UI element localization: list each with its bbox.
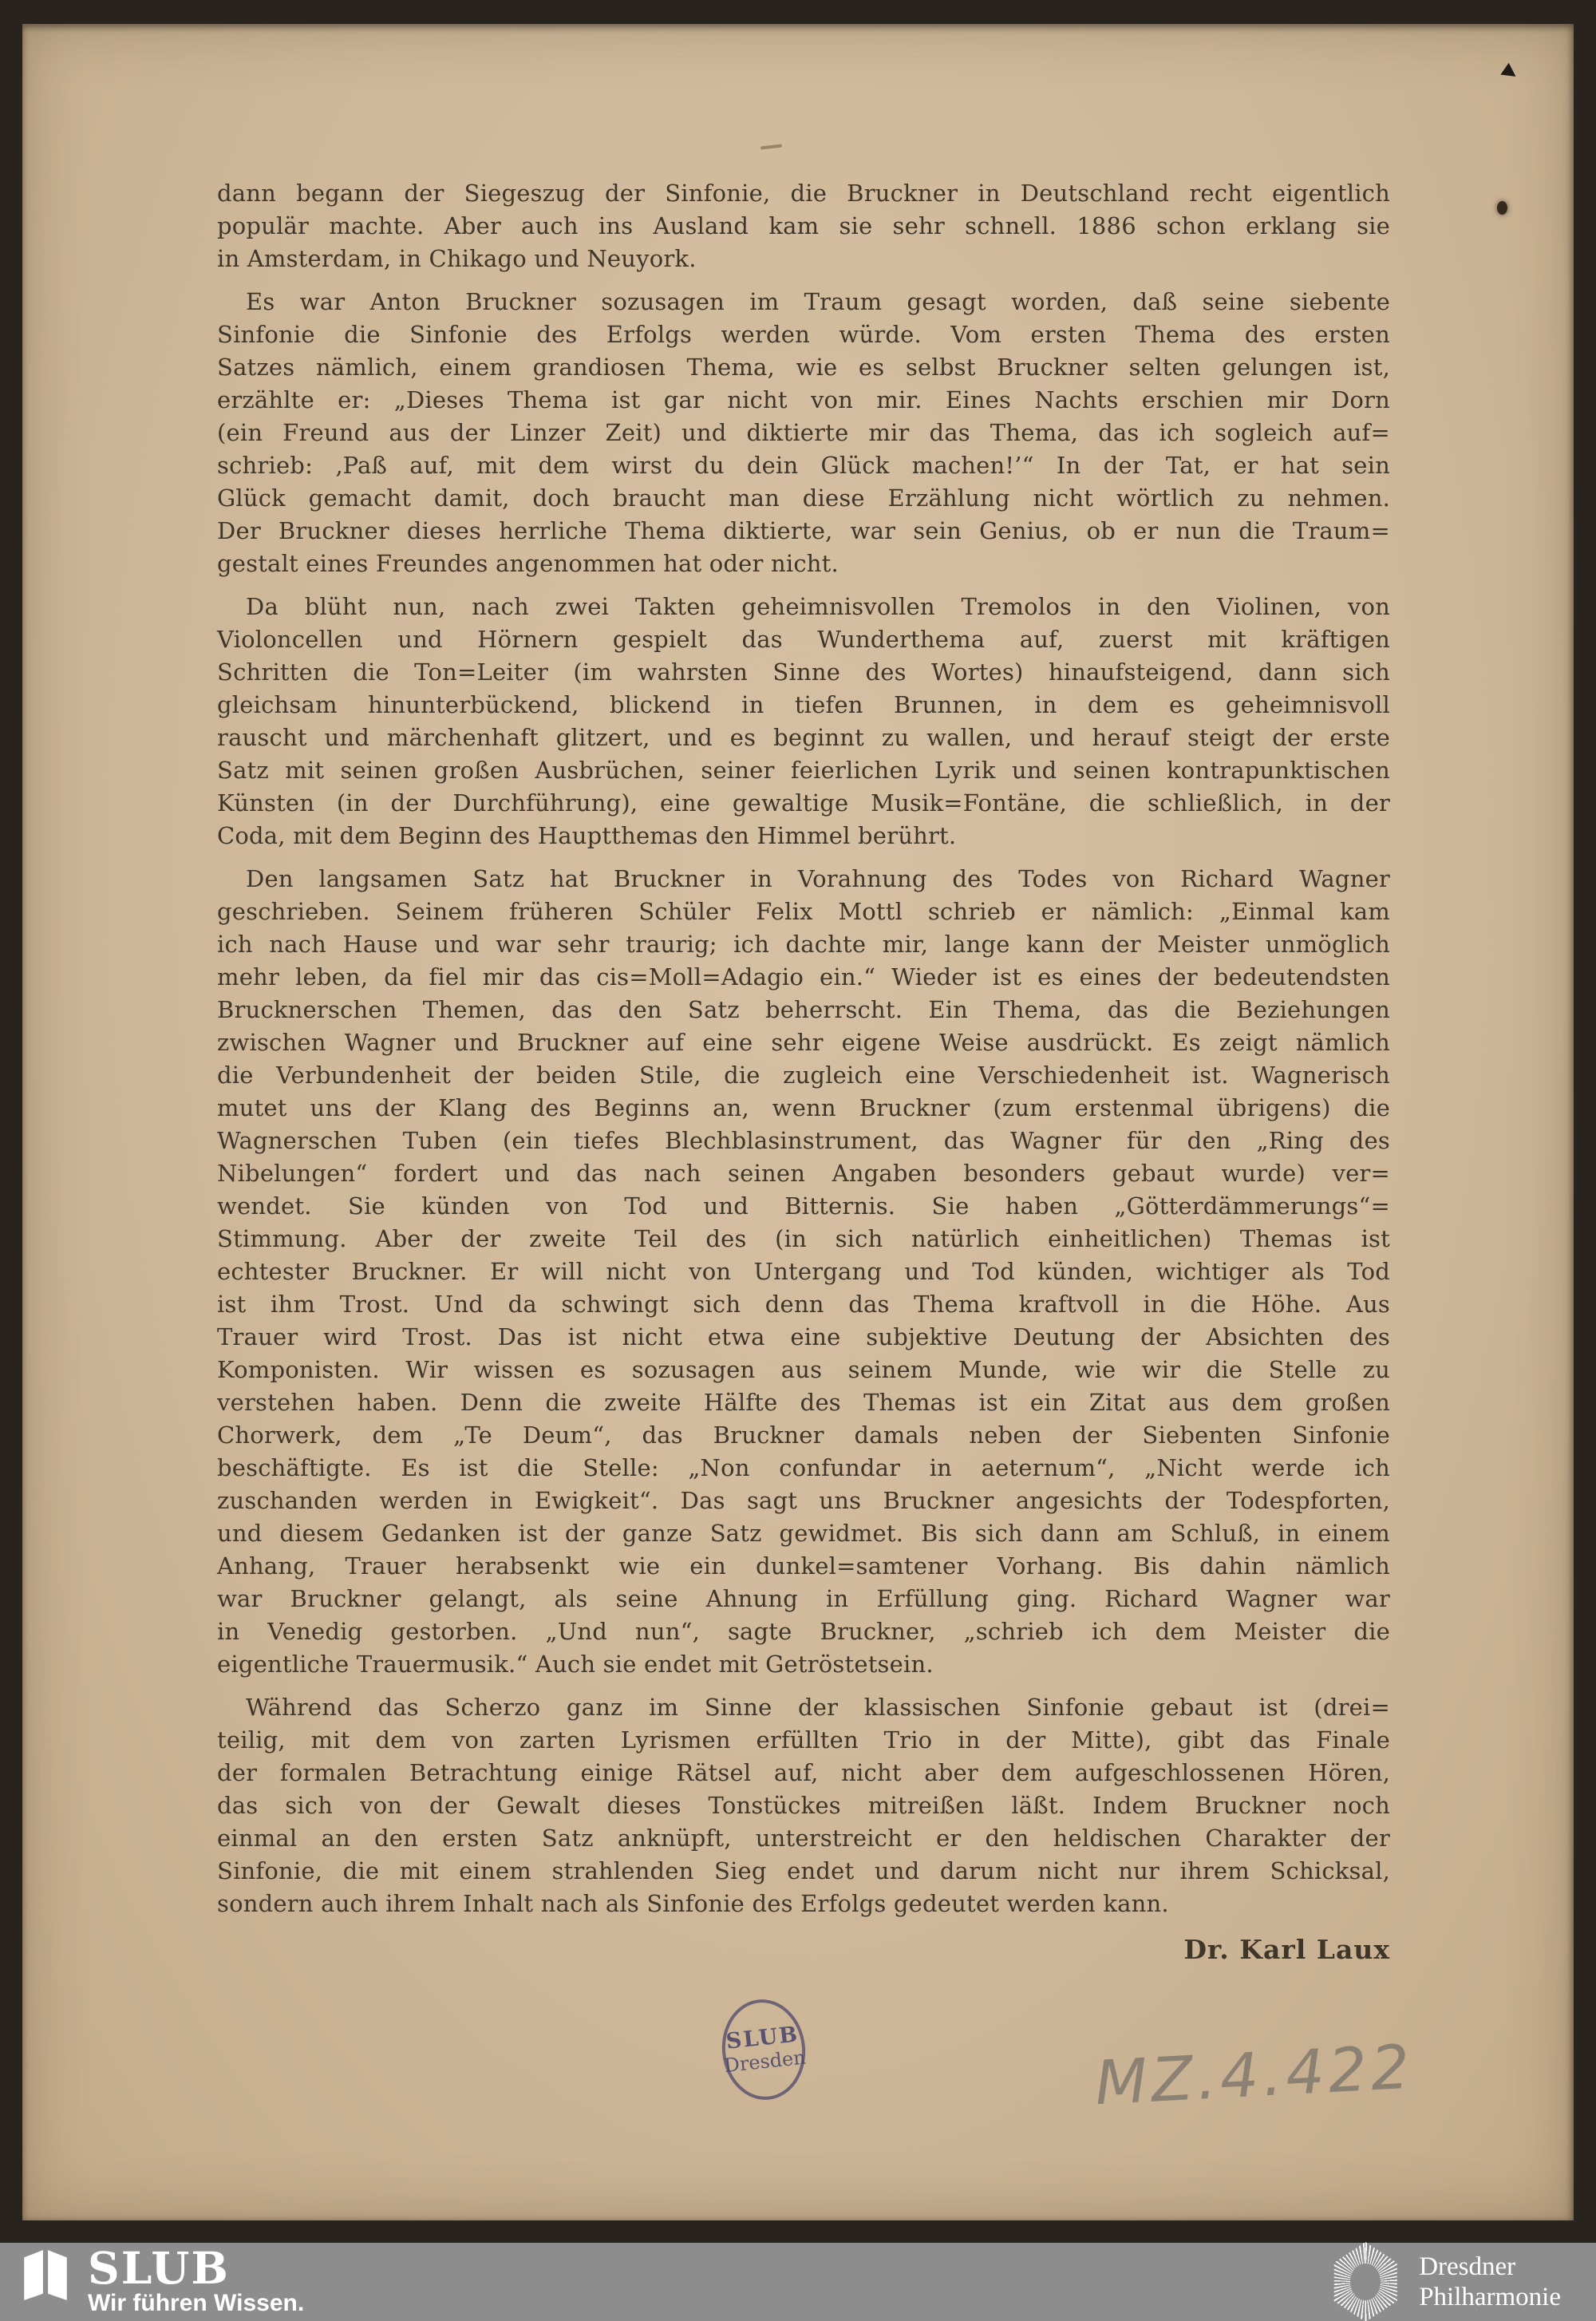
text-line: Den langsamen Satz hat Bruckner in Vorah…	[217, 863, 1390, 896]
text-line: in Venedig gestorben. „Und nun“, sagte B…	[217, 1615, 1390, 1648]
text-line: echtester Bruckner. Er will nicht von Un…	[217, 1255, 1390, 1288]
text-line: Es war Anton Bruckner sozusagen im Traum…	[217, 286, 1390, 318]
paper-hole	[1497, 201, 1507, 215]
text-line: Violoncellen und Hörnern gespielt das Wu…	[217, 623, 1390, 656]
text-line: Anhang, Trauer herabsenkt wie ein dunkel…	[217, 1550, 1390, 1583]
text-line: und diesem Gedanken ist der ganze Satz g…	[217, 1517, 1390, 1550]
text-line: war Bruckner gelangt, als seine Ahnung i…	[217, 1583, 1390, 1615]
text-line: Sinfonie die Sinfonie des Erfolgs werden…	[217, 318, 1390, 351]
paper-scratch-mark	[760, 144, 782, 150]
philharmonie-logo-icon	[1328, 2242, 1403, 2321]
text-line: Schritten die Ton=Leiter (im wahrsten Si…	[217, 656, 1390, 689]
slub-branding: SLUB Wir führen Wissen.	[21, 2248, 304, 2316]
paragraph: Den langsamen Satz hat Bruckner in Vorah…	[217, 863, 1390, 1681]
philharmonie-line-1: Dresdner	[1419, 2252, 1561, 2282]
philharmonie-branding: Dresdner Philharmonie	[1328, 2242, 1561, 2321]
text-line: wendet. Sie künden von Tod und Bitternis…	[217, 1190, 1390, 1223]
text-line: der formalen Betrachtung einige Rätsel a…	[217, 1757, 1390, 1789]
text-line: Coda, mit dem Beginn des Hauptthemas den…	[217, 820, 1390, 852]
text-line: ich nach Hause und war sehr traurig; ich…	[217, 928, 1390, 961]
text-line: rauscht und märchenhaft glitzert, und es…	[217, 722, 1390, 754]
text-line: (ein Freund aus der Linzer Zeit) und dik…	[217, 417, 1390, 449]
text-line: das sich von der Gewalt dieses Tonstücke…	[217, 1789, 1390, 1822]
text-line: Trauer wird Trost. Das ist nicht etwa ei…	[217, 1321, 1390, 1354]
text-line: beschäftigte. Es ist die Stelle: „Non co…	[217, 1452, 1390, 1485]
text-line: ist ihm Trost. Und da schwingt sich denn…	[217, 1288, 1390, 1321]
text-line: Satzes nämlich, einem grandiosen Thema, …	[217, 351, 1390, 384]
viewer-footer: SLUB Wir führen Wissen. Dresdner Philhar…	[0, 2243, 1596, 2321]
text-line: gleichsam hinunterbückend, blickend in t…	[217, 689, 1390, 722]
text-line: Sinfonie, die mit einem strahlenden Sieg…	[217, 1855, 1390, 1888]
philharmonie-wordmark: Dresdner Philharmonie	[1419, 2252, 1561, 2312]
slub-book-icon	[21, 2248, 70, 2305]
text-line: zuschanden werden in Ewigkeit“. Das sagt…	[217, 1485, 1390, 1517]
text-line: Künsten (in der Durchführung), eine gewa…	[217, 787, 1390, 820]
text-line: mehr leben, da fiel mir das cis=Moll=Ada…	[217, 961, 1390, 994]
text-line: Komponisten. Wir wissen es sozusagen aus…	[217, 1354, 1390, 1386]
text-line: einmal an den ersten Satz anknüpft, unte…	[217, 1822, 1390, 1855]
text-line: populär machte. Aber auch ins Ausland ka…	[217, 210, 1390, 243]
text-line: sondern auch ihrem Inhalt nach als Sinfo…	[217, 1888, 1390, 1920]
slub-tagline: Wir führen Wissen.	[88, 2291, 304, 2316]
text-line: mutet uns der Klang des Beginns an, wenn…	[217, 1092, 1390, 1125]
body-text: dann begann der Siegeszug der Sinfonie, …	[217, 177, 1390, 1966]
text-line: schrieb: ‚Paß auf, mit dem wirst du dein…	[217, 449, 1390, 482]
slub-wordmark: SLUB	[88, 2248, 304, 2289]
text-line: zwischen Wagner und Bruckner auf eine se…	[217, 1026, 1390, 1059]
text-line: dann begann der Siegeszug der Sinfonie, …	[217, 177, 1390, 210]
paragraph: Während das Scherzo ganz im Sinne der kl…	[217, 1691, 1390, 1920]
text-line: gestalt eines Freundes angenommen hat od…	[217, 548, 1390, 580]
text-line: Wagnerschen Tuben (ein tiefes Blechblasi…	[217, 1125, 1390, 1157]
text-line: Stimmung. Aber der zweite Teil des (in s…	[217, 1223, 1390, 1255]
text-line: geschrieben. Seinem früheren Schüler Fel…	[217, 896, 1390, 928]
text-line: Während das Scherzo ganz im Sinne der kl…	[217, 1691, 1390, 1724]
paragraph: Es war Anton Bruckner sozusagen im Traum…	[217, 286, 1390, 580]
text-line: Nibelungen“ fordert und das nach seinen …	[217, 1157, 1390, 1190]
philharmonie-line-2: Philharmonie	[1419, 2282, 1561, 2312]
text-line: teilig, mit dem von zarten Lyrismen erfü…	[217, 1724, 1390, 1757]
text-line: erzählte er: „Dieses Thema ist gar nicht…	[217, 384, 1390, 417]
handwritten-shelfmark: MZ.4.422	[1093, 2037, 1415, 2114]
scan-background: dann begann der Siegeszug der Sinfonie, …	[0, 0, 1596, 2243]
paragraph: dann begann der Siegeszug der Sinfonie, …	[217, 177, 1390, 275]
text-line: Glück gemacht damit, doch braucht man di…	[217, 482, 1390, 515]
text-line: eigentliche Trauermusik.“ Auch sie endet…	[217, 1648, 1390, 1681]
text-line: Chorwerk, dem „Te Deum“, das Bruckner da…	[217, 1419, 1390, 1452]
paragraph: Da blüht nun, nach zwei Takten geheimnis…	[217, 591, 1390, 852]
text-line: die Verbundenheit der beiden Stile, die …	[217, 1059, 1390, 1092]
text-line: in Amsterdam, in Chikago und Neuyork.	[217, 243, 1390, 275]
text-line: Brucknerschen Themen, das den Satz beher…	[217, 994, 1390, 1026]
author-signature: Dr. Karl Laux	[217, 1933, 1390, 1966]
text-line: Der Bruckner dieses herrliche Thema dikt…	[217, 515, 1390, 548]
text-line: Da blüht nun, nach zwei Takten geheimnis…	[217, 591, 1390, 623]
text-line: verstehen haben. Denn die zweite Hälfte …	[217, 1386, 1390, 1419]
text-line: Satz mit seinen großen Ausbrüchen, seine…	[217, 754, 1390, 787]
